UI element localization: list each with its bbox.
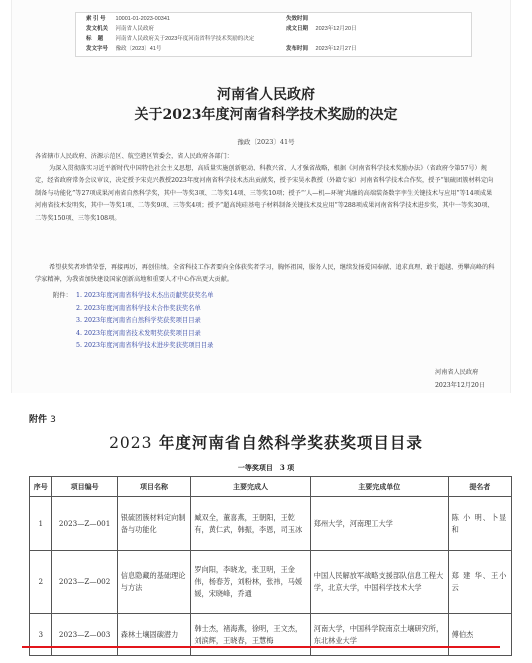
attachment-link-1[interactable]: 1. 2023年度河南省科学技术杰出贡献奖获奖名单 (76, 292, 213, 299)
meta-issuer: 发文机关 河南省人民政府 (86, 25, 154, 34)
table-row: 3 2023—Z—003 森林土壤固碳潜力 韩士杰，褚海燕，徐明，王文杰，刘滨辉… (30, 614, 512, 656)
meta-written-date: 成文日期 2023年12月20日 (286, 25, 357, 34)
col-header-code: 项目编号 (52, 477, 117, 497)
meta-key: 索 引 号 (86, 15, 114, 24)
meta-key: 发布时间 (286, 45, 314, 54)
cell-units: 中国人民解放军战略支援部队信息工程大学，北京大学，中国科学技术大学 (310, 551, 448, 614)
meta-key: 发文字号 (86, 45, 114, 54)
table-header-row: 序号 项目编号 项目名称 主要完成人 主要完成单位 提名者 (30, 477, 512, 497)
meta-key: 成文日期 (286, 25, 314, 34)
addressee: 各省辖市人民政府、济源示范区、航空港区管委会，省人民政府各部门： (35, 151, 495, 163)
col-header-nominator: 提名者 (448, 477, 511, 497)
cell-code: 2023—Z—001 (52, 497, 117, 551)
cell-people: 罗向阳，李晓龙，张卫明，王金伟，杨春芳，刘粉林，张祎，马媛媛，宋晓峰，乔通 (191, 551, 310, 614)
annex-title: 2023 年度河南省自然科学奖获奖项目目录 (10, 431, 522, 453)
meta-value: 2023年12月20日 (316, 25, 357, 34)
cell-people: 臧双全，董喜燕，王朝阳，王乾有，黄仁武，韩振，李恩，司玉冰 (191, 497, 310, 551)
meta-publish-date: 发布时间 2023年12月27日 (286, 45, 357, 54)
meta-title: 标 题 河南省人民政府关于2023年度河南省科学技术奖励的决定 (86, 35, 254, 44)
cell-index: 2 (30, 551, 52, 614)
meta-doc-number: 发文字号 豫政〔2023〕41号 (86, 45, 161, 54)
cell-nominator: 傅伯杰 (448, 614, 511, 656)
paragraph-encouragement: 希望获奖者珍惜荣誉，再接再厉，再创佳绩。全省科技工作者要向全体获奖者学习，胸怀祖… (35, 262, 495, 287)
cell-people: 韩士杰，褚海燕，徐明，王文杰，刘滨辉，王晓春，王慧梅 (191, 614, 310, 656)
document-title-line1: 河南省人民政府 (0, 84, 532, 104)
meta-value: 2023年12月27日 (316, 45, 357, 54)
meta-index: 索 引 号 10001-01-2023-00341 (86, 15, 170, 24)
attachments-list: 附件：1. 2023年度河南省科学技术杰出贡献奖获奖名单 2. 2023年度河南… (53, 290, 213, 353)
signature: 河南省人民政府 (435, 367, 478, 376)
table-row: 2 2023—Z—002 信息隐藏的基础理论与方法 罗向阳，李晓龙，张卫明，王金… (30, 551, 512, 614)
meta-key: 失效时间 (286, 15, 314, 24)
annex-label: 附件 3 (29, 412, 56, 425)
attachment-link-2[interactable]: 2. 2023年度河南省科学技术合作奖获奖名单 (76, 305, 201, 312)
col-header-units: 主要完成单位 (310, 477, 448, 497)
cell-name: 信息隐藏的基础理论与方法 (117, 551, 191, 614)
col-header-name: 项目名称 (117, 477, 191, 497)
attachment-link-4[interactable]: 4. 2023年度河南省技术发明奖获奖项目目录 (76, 330, 201, 337)
awards-table: 序号 项目编号 项目名称 主要完成人 主要完成单位 提名者 1 2023—Z—0… (29, 476, 512, 656)
meta-key: 发文机关 (86, 25, 114, 34)
cell-index: 3 (30, 614, 52, 656)
col-header-index: 序号 (30, 477, 52, 497)
signature-date: 2023年12月20日 (435, 380, 485, 389)
meta-value: 10001-01-2023-00341 (116, 15, 170, 24)
attachments-label: 附件： (53, 290, 76, 303)
meta-value: 豫政〔2023〕41号 (116, 45, 162, 54)
attachment-link-5[interactable]: 5. 2023年度河南省科学技术进步奖获奖项目目录 (76, 342, 213, 349)
meta-value: 河南省人民政府关于2023年度河南省科学技术奖励的决定 (116, 35, 255, 44)
paragraph-decision: 为深入贯彻落实习近平新时代中国特色社会主义思想，高质量实施创新驱动、科教兴省、人… (35, 163, 495, 225)
cell-name: 森林土壤固碳潜力 (117, 614, 191, 656)
cell-units: 河南大学，中国科学院南京土壤研究所，东北林业大学 (310, 614, 448, 656)
annex-subtitle: 一等奖项目 3 项 (10, 463, 522, 473)
annex-page: 附件 3 2023 年度河南省自然科学奖获奖项目目录 一等奖项目 3 项 序号 … (10, 405, 522, 663)
cell-nominator: 郑 建 华、王小云 (448, 551, 511, 614)
meta-value: 河南省人民政府 (116, 25, 155, 34)
meta-expiry: 失效时间 (286, 15, 316, 24)
table-row: 1 2023—Z—001 银硫团簇材料定向制备与功能化 臧双全，董喜燕，王朝阳，… (30, 497, 512, 551)
document-title-line2: 关于2023年度河南省科学技术奖励的决定 (0, 104, 532, 124)
metadata-box: 索 引 号 10001-01-2023-00341 发文机关 河南省人民政府 标… (75, 12, 472, 57)
cell-code: 2023—Z—003 (52, 614, 117, 656)
highlight-underline (22, 646, 500, 648)
cell-code: 2023—Z—002 (52, 551, 117, 614)
cell-units: 郑州大学，河南理工大学 (310, 497, 448, 551)
cell-name: 银硫团簇材料定向制备与功能化 (117, 497, 191, 551)
cell-nominator: 陈 小 明、卜显和 (448, 497, 511, 551)
col-header-people: 主要完成人 (191, 477, 310, 497)
attachment-link-3[interactable]: 3. 2023年度河南省自然科学奖获奖项目目录 (76, 317, 201, 324)
meta-key: 标 题 (86, 35, 114, 44)
cell-index: 1 (30, 497, 52, 551)
document-number: 豫政〔2023〕41号 (0, 137, 532, 146)
